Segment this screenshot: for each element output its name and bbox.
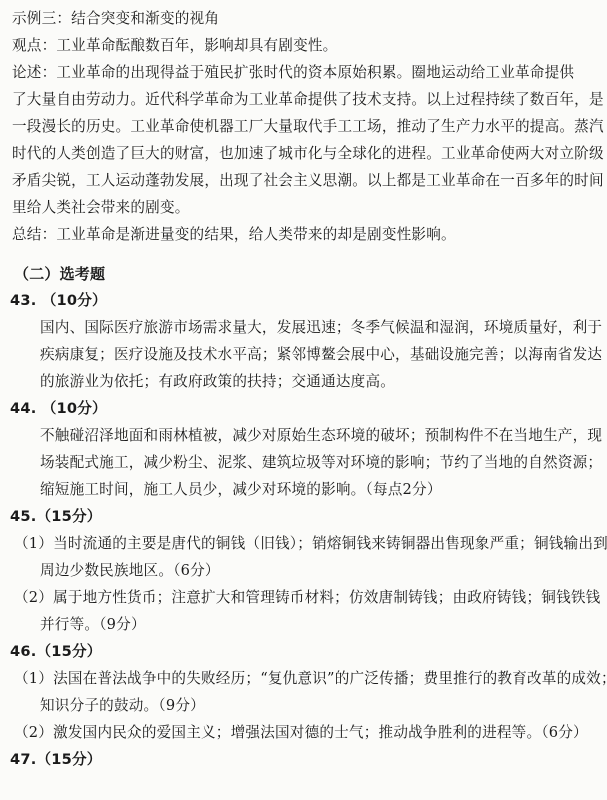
question-44-header: 44. （10分） [10,398,107,420]
part-label: （1） [14,535,53,552]
example3-viewpoint: 观点：工业革命酝酿数百年，影响却具有剧变性。 [12,35,337,57]
question-43-header: 43. （10分） [10,290,107,312]
question-44-answer-line: 不触碰沼泽地面和雨林植被，减少对原始生态环境的破坏；预制构件不在当地生产，现 [40,425,602,447]
part-answer-line: 激发国内民众的爱国主义；增强法国对德的士气；推动战争胜利的进程等。（6分） [53,724,588,741]
example3-argument-line: 矛盾尖锐，工人运动蓬勃发展，出现了社会主义思潮。以上都是工业革命在一百多年的时间 [12,170,604,192]
question-46-part-1: （1）法国在普法战争中的失败经历；“复仇意识”的广泛传播；费里推行的教育改革的成… [14,668,607,690]
part-label: （2） [14,724,53,741]
question-45-part-2: （2）属于地方性货币；注意扩大和管理铸币材料；仿效唐制铸钱；由政府铸钱；铜钱铁钱 [14,587,600,609]
example3-title: 示例三：结合突变和渐变的视角 [12,8,219,30]
scanned-answer-page: 示例三：结合突变和渐变的视角 观点：工业革命酝酿数百年，影响却具有剧变性。 论述… [0,0,607,800]
part-answer-line: 并行等。（9分） [40,614,146,636]
question-46-header: 46.（15分） [10,641,102,663]
example3-argument-line: 里给人类社会带来的剧变。 [12,197,190,219]
question-45-header: 45.（15分） [10,506,102,528]
question-45-part-1: （1）当时流通的主要是唐代的铜钱（旧钱）；销熔铜钱来铸铜器出售现象严重；铜钱输出… [14,533,607,555]
example3-summary: 总结：工业革命是渐进量变的结果，给人类带来的却是剧变性影响。 [12,224,456,246]
example3-argument-line: 论述：工业革命的出现得益于殖民扩张时代的资本原始积累。圈地运动给工业革命提供 [12,62,574,84]
example3-argument-line: 一段漫长的历史。工业革命使机器工厂大量取代手工工场，推动了生产力水平的提高。蒸汽 [12,116,604,138]
section-heading: （二）选考题 [14,263,105,285]
part-answer-line: 周边少数民族地区。（6分） [40,560,220,582]
part-answer-line: 法国在普法战争中的失败经历；“复仇意识”的广泛传播；费里推行的教育改革的成效； [53,670,607,687]
question-43-answer-line: 疾病康复；医疗设施及技术水平高；紧邻博鳌会展中心，基础设施完善；以海南省发达 [40,344,602,366]
part-label: （2） [14,589,53,606]
example3-argument-line: 了大量自由劳动力。近代科学革命为工业革命提供了技术支持。以上过程持续了数百年，是 [12,89,604,111]
question-43-answer-line: 的旅游业为依托；有政府政策的扶持；交通通达度高。 [40,371,395,393]
question-score: （15分） [36,751,101,768]
question-number: 47. [10,751,36,768]
question-43-answer-line: 国内、国际医疗旅游市场需求量大，发展迅速；冬季气候温和湿润，环境质量好，利于 [40,317,602,339]
question-47-header: 47.（15分） [10,749,102,771]
question-number: 45. [10,508,36,525]
part-answer-line: 当时流通的主要是唐代的铜钱（旧钱）；销熔铜钱来铸铜器出售现象严重；铜钱输出到 [53,535,607,552]
part-answer-line: 知识分子的鼓动。（9分） [40,695,205,717]
question-number: 46. [10,643,36,660]
question-score: （15分） [36,643,101,660]
part-label: （1） [14,670,53,687]
question-score: （15分） [36,508,101,525]
question-number: 43. [10,292,36,309]
question-score: （10分） [42,292,107,309]
question-44-answer-line: 缩短施工时间，施工人员少，减少对环境的影响。（每点2分） [40,479,442,501]
question-score: （10分） [42,400,107,417]
question-44-answer-line: 场装配式施工，减少粉尘、泥浆、建筑垃圾等对环境的影响；节约了当地的自然资源； [40,452,602,474]
part-answer-line: 属于地方性货币；注意扩大和管理铸币材料；仿效唐制铸钱；由政府铸钱；铜钱铁钱 [53,589,600,606]
example3-argument-line: 时代的人类创造了巨大的财富，也加速了城市化与全球化的进程。工业革命使两大对立阶级 [12,143,604,165]
question-46-part-2: （2）激发国内民众的爱国主义；增强法国对德的士气；推动战争胜利的进程等。（6分） [14,722,588,744]
question-number: 44. [10,400,36,417]
